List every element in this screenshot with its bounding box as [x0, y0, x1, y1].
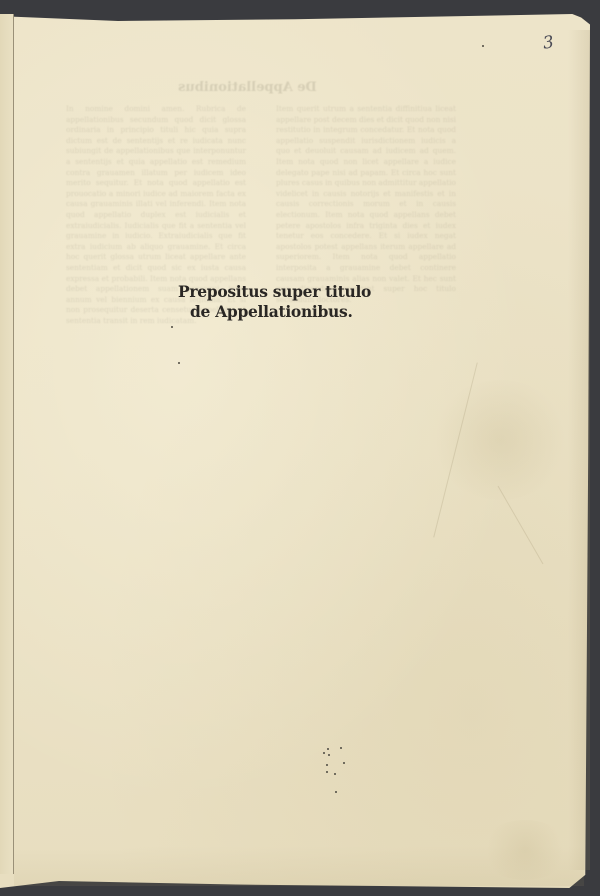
- pinhole-speck: [340, 747, 342, 749]
- title-line-2: de Appellationibus.: [178, 302, 378, 322]
- pinhole-speck: [334, 773, 336, 775]
- pinhole-speck: [343, 762, 345, 764]
- paper-stain: [480, 820, 570, 880]
- ink-speck: [482, 45, 484, 47]
- page-title: Prepositus super titulo de Appellationib…: [178, 282, 378, 322]
- pinhole-speck: [328, 754, 330, 756]
- right-edge-shading: [568, 30, 590, 870]
- pinhole-speck: [326, 771, 328, 773]
- show-through-running-header: De Appellationibus: [178, 80, 317, 95]
- scanned-page-view: De Appellationibus In nomine domini amen…: [0, 0, 600, 896]
- show-through-text-column-right: Item querit utrum a sententia diffinitiu…: [276, 104, 456, 690]
- ink-speck: [171, 326, 173, 328]
- title-line-1: Prepositus super titulo: [178, 282, 378, 302]
- pinhole-speck: [323, 752, 325, 754]
- binding-gutter-fold: [0, 14, 14, 874]
- pinhole-speck: [335, 791, 337, 793]
- pinhole-speck: [327, 748, 329, 750]
- ink-speck: [178, 362, 180, 364]
- pinhole-speck: [326, 764, 328, 766]
- show-through-text-column-left: In nomine domini amen. Rubrica de appell…: [66, 104, 246, 690]
